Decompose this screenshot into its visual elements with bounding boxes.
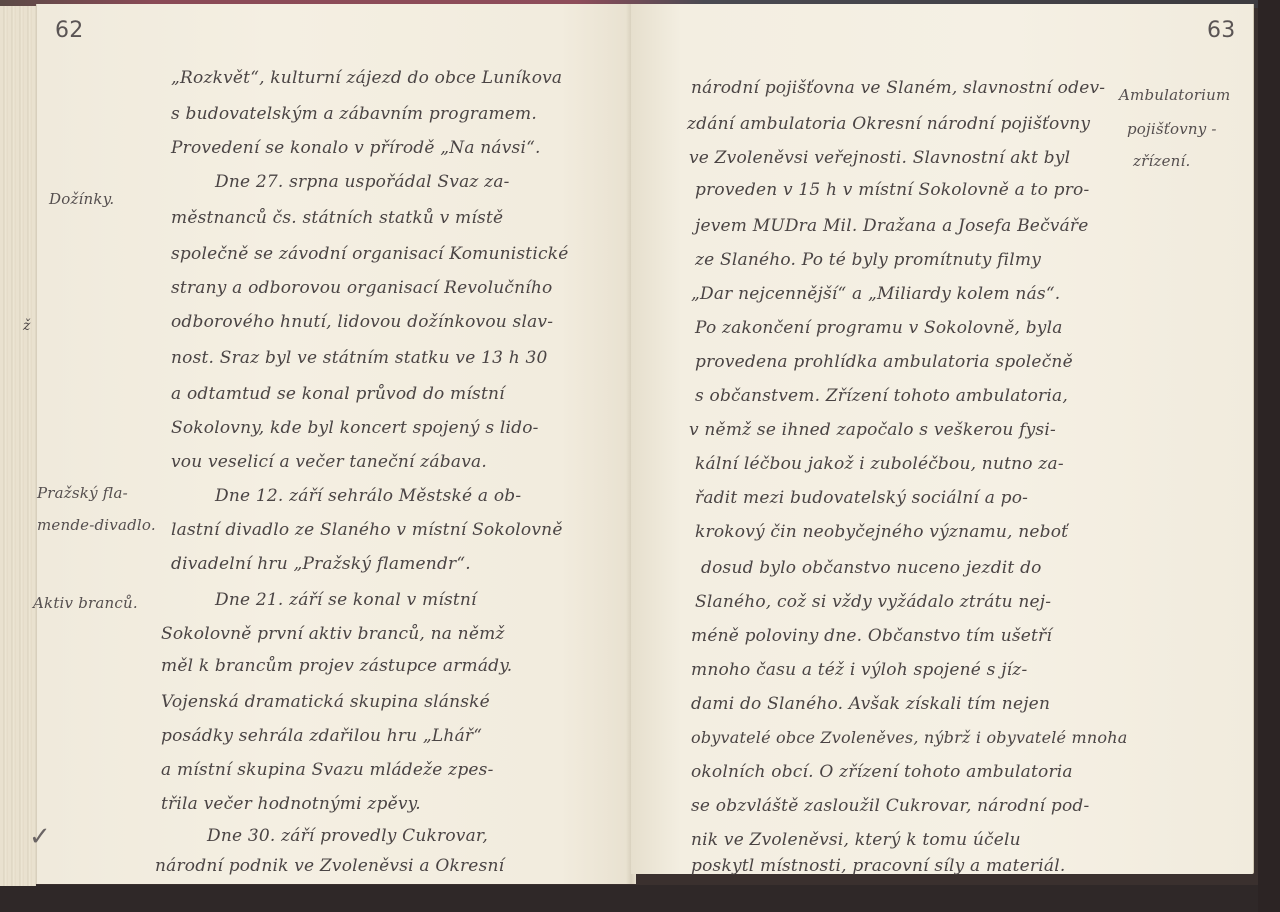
margin-note: zřízení.: [1133, 152, 1190, 170]
text-line: „Dar nejcennější“ a „Miliardy kolem nás“…: [691, 284, 1060, 304]
text-line: řadit mezi budovatelský sociální a po-: [695, 488, 1028, 508]
book-cover-right-edge: [1258, 0, 1280, 912]
text-line: méně poloviny dne. Občanstvo tím ušetří: [691, 626, 1052, 646]
text-line: Dne 21. září se konal v místní: [215, 590, 477, 610]
text-line: Sokolovně první aktiv branců, na němž: [161, 624, 505, 644]
margin-note: Pražský fla-: [37, 484, 128, 502]
checkmark-icon: ✓: [29, 822, 51, 852]
text-line: měl k brancům projev zástupce armády.: [161, 656, 512, 676]
text-line: národní podnik ve Zvoleněvsi a Okresní: [155, 856, 504, 876]
text-line: zdání ambulatoria Okresní národní pojišť…: [687, 114, 1090, 134]
text-line: posádky sehrála zdařilou hru „Lhář“: [161, 726, 482, 746]
text-line: dami do Slaného. Avšak získali tím nejen: [691, 694, 1050, 714]
text-line: mnoho času a též i výloh spojené s jíz-: [691, 660, 1027, 680]
text-line: městnanců čs. státních statků v místě: [171, 208, 503, 228]
text-line: odborového hnutí, lidovou dožínkovou sla…: [171, 312, 553, 332]
text-line: a odtamtud se konal průvod do místní: [171, 384, 505, 404]
text-line: se obzvláště zasloužil Cukrovar, národní…: [691, 796, 1089, 816]
right-page: 63 Ambulatorium pojišťovny - zřízení. ná…: [631, 4, 1254, 874]
margin-note: mende-divadlo.: [37, 516, 156, 534]
text-line: lastní divadlo ze Slaného v místní Sokol…: [171, 520, 563, 540]
text-line: Dne 12. září sehrálo Městské a ob-: [215, 486, 521, 506]
text-line: „Rozkvět“, kulturní zájezd do obce Luník…: [171, 68, 562, 88]
text-line: proveden v 15 h v místní Sokolovně a to …: [695, 180, 1089, 200]
text-line: ve Zvoleněvsi veřejnosti. Slavnostní akt…: [689, 148, 1070, 168]
text-line: s budovatelským a zábavním programem.: [171, 104, 537, 124]
text-line: okolních obcí. O zřízení tohoto ambulato…: [691, 762, 1073, 782]
text-line: nost. Sraz byl ve státním statku ve 13 h…: [171, 348, 548, 368]
text-line: Sokolovny, kde byl koncert spojený s lid…: [171, 418, 539, 438]
text-line: ze Slaného. Po té byly promítnuty filmy: [695, 250, 1041, 270]
text-line: obyvatelé obce Zvoleněves, nýbrž i obyva…: [691, 728, 1127, 747]
text-line: nik ve Zvoleněvsi, který k tomu účelu: [691, 830, 1021, 850]
text-line: Provedení se konalo v přírodě „Na návsi“…: [171, 138, 541, 158]
text-line: Po zakončení programu v Sokolovně, byla: [695, 318, 1063, 338]
text-line: společně se závodní organisací Komunisti…: [171, 244, 568, 264]
text-line: Dne 30. září provedly Cukrovar,: [207, 826, 488, 846]
text-line: provedena prohlídka ambulatoria společně: [695, 352, 1073, 372]
book-cover-bottom: [0, 885, 1280, 912]
margin-note: Ambulatorium: [1119, 86, 1230, 104]
text-line: poskytl místnosti, pracovní síly a mater…: [691, 856, 1065, 876]
text-line: Slaného, což si vždy vyžádalo ztrátu nej…: [695, 592, 1051, 612]
text-line: divadelní hru „Pražský flamendr“.: [171, 554, 471, 574]
page-number: 62: [55, 18, 83, 43]
text-line: a místní skupina Svazu mládeže zpes-: [161, 760, 494, 780]
text-line: kální léčbou jakož i zuboléčbou, nutno z…: [695, 454, 1064, 474]
margin-note: pojišťovny -: [1127, 120, 1217, 138]
margin-note: Aktiv branců.: [33, 594, 138, 612]
page-number: 63: [1207, 18, 1235, 43]
text-line: s občanstvem. Zřízení tohoto ambulatoria…: [695, 386, 1068, 406]
text-line: třila večer hodnotnými zpěvy.: [161, 794, 421, 814]
text-line: Vojenská dramatická skupina slánské: [161, 692, 490, 712]
margin-mark: ž: [23, 318, 31, 334]
left-page: 62 Dožínky. ž Pražský fla- mende-divadlo…: [36, 4, 631, 884]
text-line: národní pojišťovna ve Slaném, slavnostní…: [691, 78, 1105, 98]
text-line: dosud bylo občanstvo nuceno jezdit do: [701, 558, 1042, 578]
text-line: jevem MUDra Mil. Dražana a Josefa Bečvář…: [695, 216, 1089, 236]
margin-note: Dožínky.: [49, 190, 114, 208]
text-line: krokový čin neobyčejného významu, neboť: [695, 522, 1068, 542]
text-line: v němž se ihned započalo s veškerou fysi…: [689, 420, 1056, 440]
text-line: Dne 27. srpna uspořádal Svaz za-: [215, 172, 510, 192]
text-line: vou veselicí a večer taneční zábava.: [171, 452, 487, 472]
page-edge-stack: [0, 6, 36, 886]
text-line: strany a odborovou organisací Revolučníh…: [171, 278, 552, 298]
